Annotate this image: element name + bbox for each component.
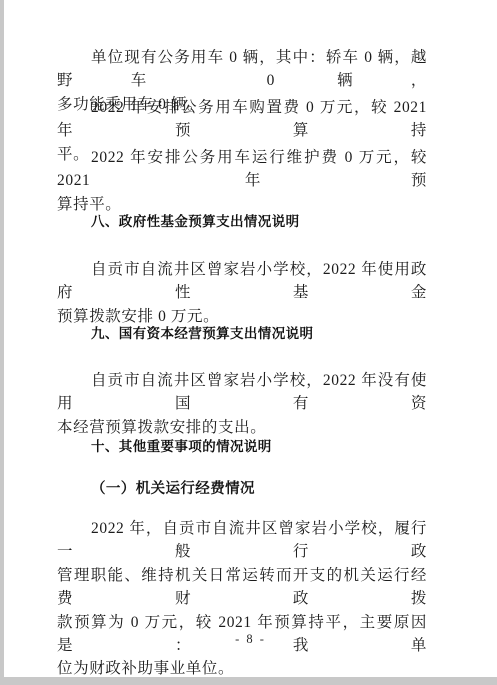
document-viewer: 单位现有公务用车 0 辆，其中：轿车 0 辆，越野车 0 辆， 多功能乘用车 0…: [0, 0, 497, 685]
paragraph-line: 位为财政补助事业单位。: [57, 657, 427, 680]
sub-heading-1: （一）机关运行经费情况: [57, 478, 427, 501]
section-heading-9: 九、国有资本经营预算支出情况说明: [57, 322, 427, 345]
section-heading-10: 十、其他重要事项的情况说明: [57, 435, 427, 458]
section-heading-8: 八、政府性基金预算支出情况说明: [57, 210, 427, 233]
paragraph-line: 自贡市自流井区曾家岩小学校，2022 年没有使用国有资: [57, 369, 427, 416]
body-paragraph: 自贡市自流井区曾家岩小学校，2022 年没有使用国有资 本经营预算拨款安排的支出…: [57, 369, 427, 439]
page-number: - 8 -: [4, 630, 497, 648]
document-page: 单位现有公务用车 0 辆，其中：轿车 0 辆，越野车 0 辆， 多功能乘用车 0…: [4, 0, 497, 677]
paragraph-line: 单位现有公务用车 0 辆，其中：轿车 0 辆，越野车 0 辆，: [57, 46, 427, 93]
paragraph-line: 2022 年安排公务用车购置费 0 万元，较 2021 年预算持: [57, 96, 427, 143]
paragraph-line: 管理职能、维持机关日常运转而开支的机关运行经费财政拨: [57, 564, 427, 611]
paragraph-line: 2022 年安排公务用车运行维护费 0 万元，较 2021 年预: [57, 146, 427, 193]
body-paragraph: 2022 年，自贡市自流井区曾家岩小学校，履行一般行政 管理职能、维持机关日常运…: [57, 517, 427, 681]
paragraph-line: 2022 年，自贡市自流井区曾家岩小学校，履行一般行政: [57, 517, 427, 564]
body-paragraph: 2022 年安排公务用车运行维护费 0 万元，较 2021 年预 算持平。: [57, 146, 427, 216]
body-paragraph: 自贡市自流井区曾家岩小学校，2022 年使用政府性基金 预算拨款安排 0 万元。: [57, 258, 427, 328]
paragraph-line: 自贡市自流井区曾家岩小学校，2022 年使用政府性基金: [57, 258, 427, 305]
